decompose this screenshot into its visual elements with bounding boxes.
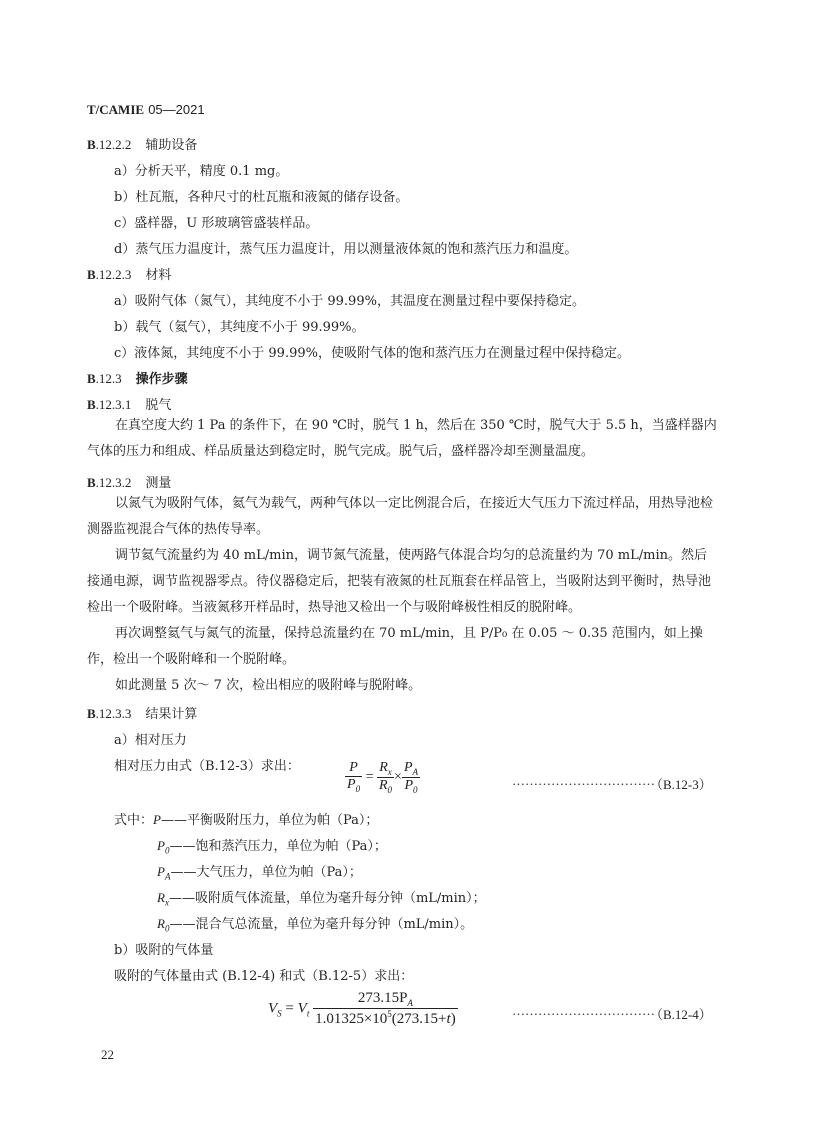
document-header: T/CAMIE 05—2021 [87,102,205,118]
section-title: 测量 [145,476,171,491]
equation-b12-4: VS = Vt 273.15PA 1.01325×105(273.15+t) [268,990,458,1028]
list-item: c）液体氮，其纯度不小于 99.99%，使吸附气体的饱和蒸汽压力在测量过程中保持… [114,342,630,361]
equation-leader-dots: …………………………… [512,773,655,789]
list-item: d）蒸气压力温度计，蒸气压力温度计，用以测量液体氮的饱和蒸汽压力和温度。 [114,238,577,257]
section-title: 结果计算 [145,707,197,722]
section-heading-b12-2-3: B.12.2.3材料 [87,264,171,283]
paragraph: 吸附的气体量由式 (B.12-4) 和式（B.12-5）求出： [114,965,413,984]
subsection-title: a）相对压力 [114,729,187,748]
definition-row: P0——饱和蒸汽压力，单位为帕（Pa）； [157,835,387,856]
equation-number: （B.12-4） [650,1004,712,1023]
section-heading-b12-3-3: B.12.3.3结果计算 [87,703,197,722]
page-number: 22 [101,1047,114,1063]
paragraph: 相对压力由式（B.12-3）求出： [114,755,300,774]
header-number: 05—2021 [148,102,204,117]
section-title: 脱气 [145,398,171,413]
section-heading-b12-3-2: B.12.3.2测量 [87,472,171,491]
equation-number: （B.12-3） [650,774,712,793]
definition-row: 式中：P——平衡吸附压力，单位为帕（Pa）； [114,809,378,828]
header-org: T/CAMIE [87,102,144,117]
section-heading-b12-3-1: B.12.3.1脱气 [87,394,171,413]
list-item: a）分析天平，精度 0.1 mg。 [114,160,288,179]
list-item: b）载气（氦气），其纯度不小于 99.99%。 [114,316,365,335]
list-item: c）盛样器，U 形玻璃管盛装样品。 [114,212,318,231]
paragraph: 以氮气为吸附气体，氦气为载气，两种气体以一定比例混合后，在接近大气压力下流过样品… [87,491,717,543]
section-heading-b12-3: B.12.3操作步骤 [87,368,188,387]
section-title: 操作步骤 [136,372,188,387]
paragraph: 如此测量 5 次～ 7 次，检出相应的吸附峰与脱附峰。 [87,673,717,699]
paragraph: 调节氦气流量约为 40 mL/min，调节氮气流量，使两路气体混合均匀的总流量约… [87,543,717,621]
section-heading-b12-2-2: B.12.2.2辅助设备 [87,134,197,153]
list-item: a）吸附气体（氮气），其纯度不小于 99.99%，其温度在测量过程中要保持稳定。 [114,290,585,309]
definition-row: R0——混合气总流量，单位为毫升每分钟（mL/min）。 [157,913,473,934]
paragraph: 再次调整氦气与氮气的流量，保持总流量约在 70 mL/min，且 P/P₀ 在 … [87,621,717,673]
equation-leader-dots: …………………………… [512,1003,655,1019]
definition-row: Rx——吸附质气体流量，单位为毫升每分钟（mL/min）； [157,887,486,908]
list-item: b）杜瓦瓶，各种尺寸的杜瓦瓶和液氮的储存设备。 [114,186,408,205]
equation-b12-3: PP0 = RxR0×PAP0 [345,760,420,795]
subsection-title: b）吸附的气体量 [114,939,213,958]
definition-row: PA——大气压力，单位为帕（Pa）； [157,861,362,882]
section-title: 材料 [145,268,171,283]
section-title: 辅助设备 [145,138,197,153]
paragraph: 在真空度大约 1 Pa 的条件下，在 90 ℃时，脱气 1 h，然后在 350 … [87,413,717,465]
